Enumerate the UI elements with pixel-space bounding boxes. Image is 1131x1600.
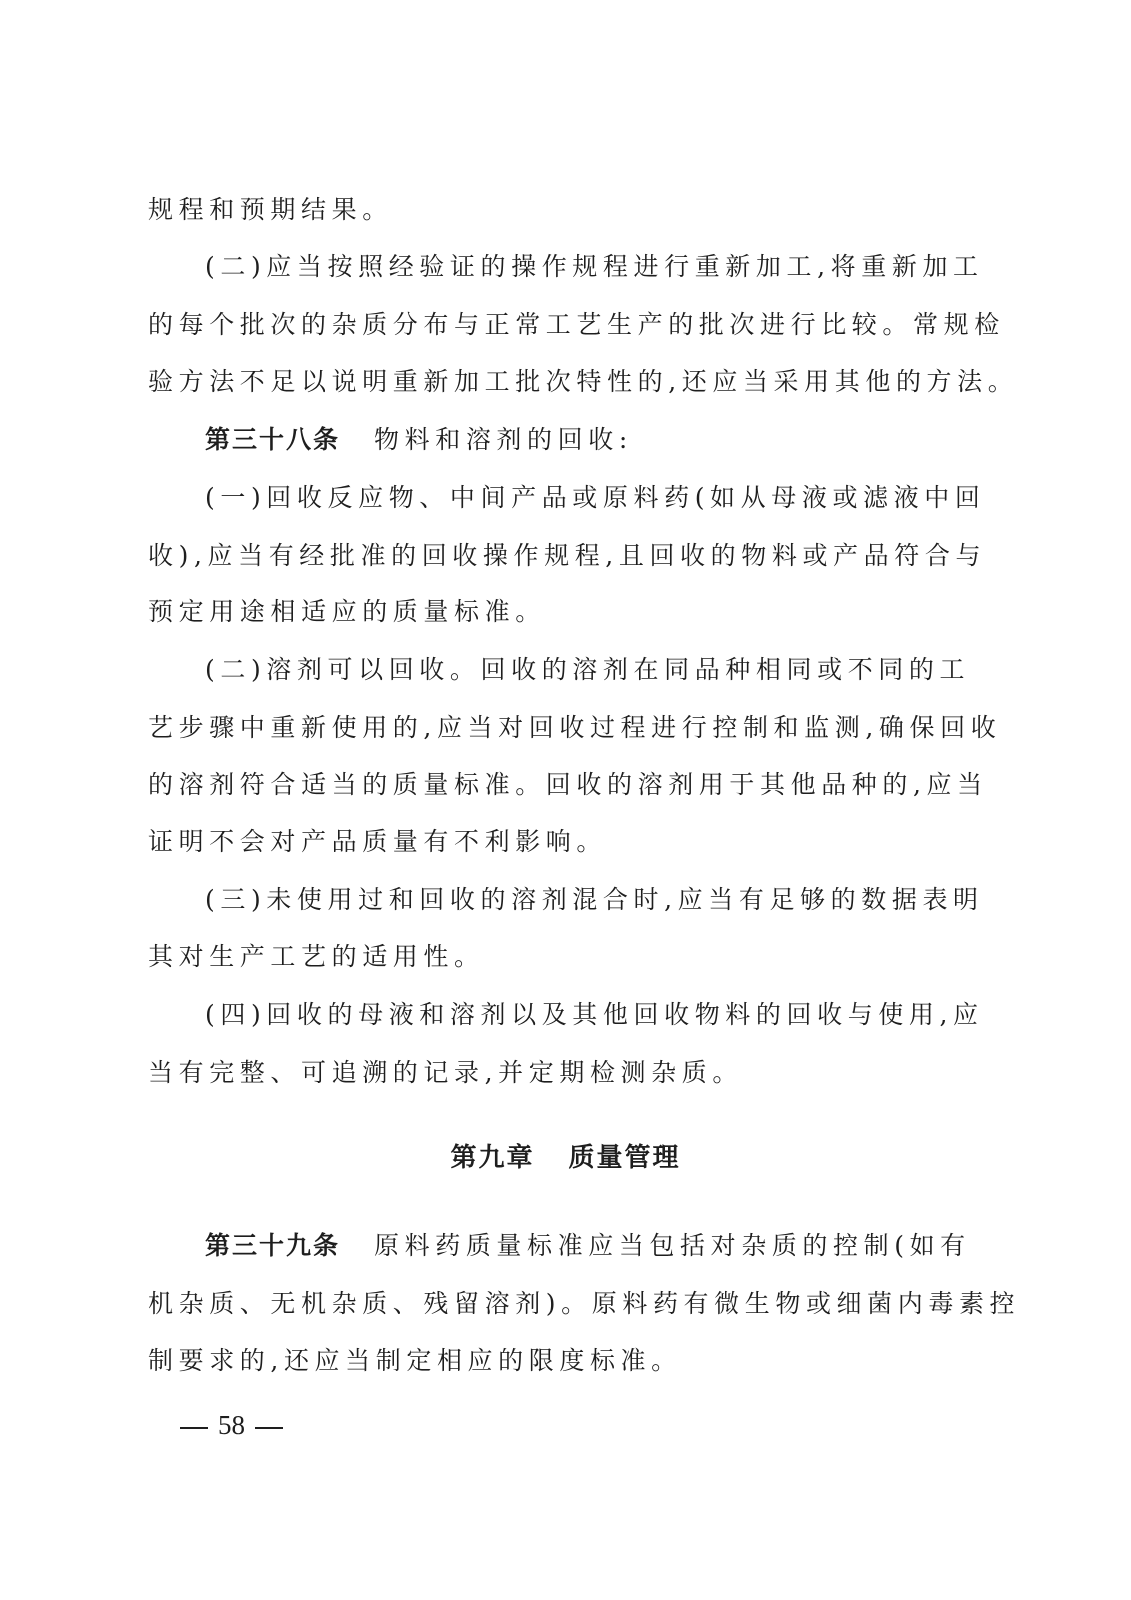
page-number: 58 — [170, 1405, 293, 1445]
text-line: 的每个批次的杂质分布与正常工艺生产的批次进行比较。常规检 — [148, 305, 963, 345]
dash-right — [255, 1427, 283, 1429]
article-38-line: 第三十八条物料和溶剂的回收: — [205, 420, 963, 460]
text-line: (三)未使用过和回收的溶剂混合时,应当有足够的数据表明 — [205, 880, 963, 920]
text-line: 制要求的,还应当制定相应的限度标准。 — [148, 1341, 963, 1381]
text-line: 当有完整、可追溯的记录,并定期检测杂质。 — [148, 1053, 963, 1093]
text-line: 的溶剂符合适当的质量标准。回收的溶剂用于其他品种的,应当 — [148, 765, 963, 805]
chapter-heading: 第九章质量管理 — [0, 1138, 1131, 1178]
article-number: 第三十八条 — [205, 425, 340, 454]
chapter-number: 第九章 — [450, 1143, 534, 1173]
text-line: (一)回收反应物、中间产品或原料药(如从母液或滤液中回 — [205, 478, 963, 518]
article-text: 物料和溶剂的回收: — [374, 425, 633, 454]
text-line: (二)应当按照经验证的操作规程进行重新加工,将重新加工 — [205, 247, 963, 287]
text-line: 预定用途相适应的质量标准。 — [148, 592, 963, 632]
chapter-title: 质量管理 — [569, 1143, 681, 1173]
text-line: 证明不会对产品质量有不利影响。 — [148, 822, 963, 862]
document-page: 规程和预期结果。 (二)应当按照经验证的操作规程进行重新加工,将重新加工 的每个… — [0, 0, 1131, 1600]
dash-left — [180, 1427, 208, 1429]
article-text: 原料药质量标准应当包括对杂质的控制(如有 — [374, 1231, 971, 1260]
page-number-value: 58 — [218, 1410, 245, 1440]
text-line: 规程和预期结果。 — [148, 190, 963, 230]
article-39-line: 第三十九条原料药质量标准应当包括对杂质的控制(如有 — [205, 1226, 963, 1266]
text-line: 机杂质、无机杂质、残留溶剂)。原料药有微生物或细菌内毒素控 — [148, 1284, 963, 1324]
text-line: 艺步骤中重新使用的,应当对回收过程进行控制和监测,确保回收 — [148, 708, 963, 748]
text-line: 其对生产工艺的适用性。 — [148, 937, 963, 977]
text-line: (四)回收的母液和溶剂以及其他回收物料的回收与使用,应 — [205, 995, 963, 1035]
article-number: 第三十九条 — [205, 1231, 340, 1260]
text-line: (二)溶剂可以回收。回收的溶剂在同品种相同或不同的工 — [205, 650, 963, 690]
text-line: 收),应当有经批准的回收操作规程,且回收的物料或产品符合与 — [148, 536, 963, 576]
text-line: 验方法不足以说明重新加工批次特性的,还应当采用其他的方法。 — [148, 362, 963, 402]
